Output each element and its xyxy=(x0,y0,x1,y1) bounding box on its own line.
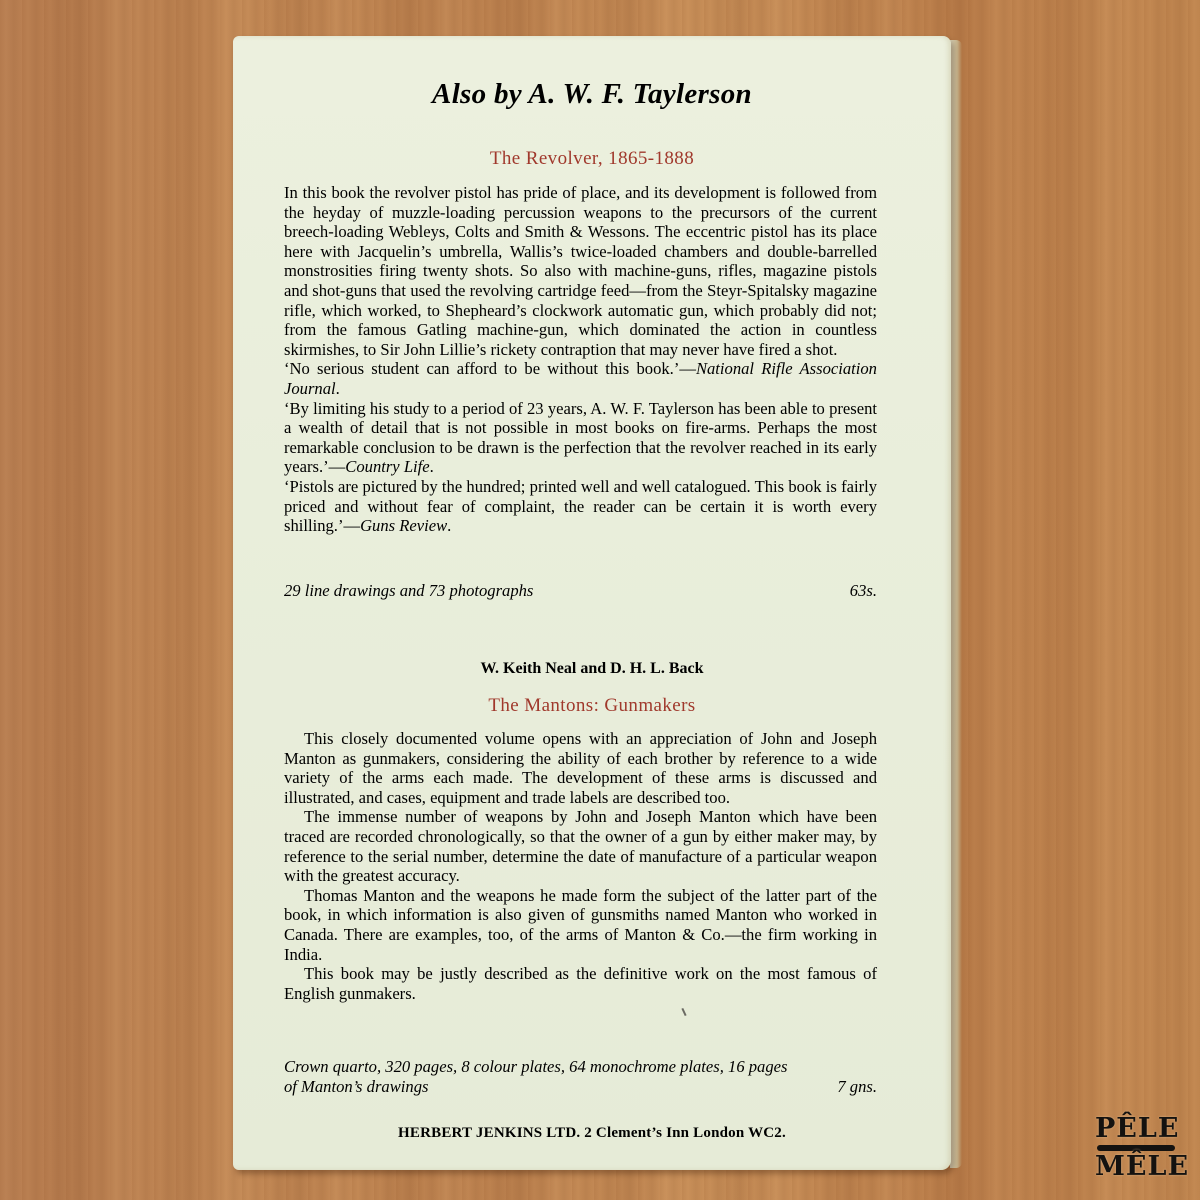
book1-specs-text: 29 line drawings and 73 photographs xyxy=(284,581,533,601)
review-source: Country Life xyxy=(345,457,429,476)
book2-paragraph: The immense number of weapons by John an… xyxy=(284,807,877,885)
book1-description: In this book the revolver pistol has pri… xyxy=(284,183,877,536)
book2-paragraph: This book may be justly described as the… xyxy=(284,964,877,1003)
review: ‘By limiting his study to a period of 23… xyxy=(284,399,877,477)
book2-paragraph: This closely documented volume opens wit… xyxy=(284,729,877,807)
book2-specs-line2: of Manton’s drawings xyxy=(284,1077,428,1097)
book1-paragraph: In this book the revolver pistol has pri… xyxy=(284,183,877,359)
logo-line2: MÊLE xyxy=(1095,1154,1177,1180)
book1-price: 63s. xyxy=(850,581,877,601)
book1-specs: 29 line drawings and 73 photographs 63s. xyxy=(284,581,877,601)
book2-paragraph: Thomas Manton and the weapons he made fo… xyxy=(284,886,877,964)
book2-specs: Crown quarto, 320 pages, 8 colour plates… xyxy=(284,1057,877,1096)
review-source: Guns Review xyxy=(360,516,447,535)
cover-heading: Also by A. W. F. Taylerson xyxy=(233,78,951,111)
book2-authors: W. Keith Neal and D. H. L. Back xyxy=(233,660,951,678)
book2-title: The Mantons: Gunmakers xyxy=(233,695,951,717)
review: ‘Pistols are pictured by the hundred; pr… xyxy=(284,477,877,536)
review: ‘No serious student can afford to be wit… xyxy=(284,359,877,398)
publisher-imprint: HERBERT JENKINS LTD. 2 Clement’s Inn Lon… xyxy=(233,1125,951,1142)
book2-price: 7 gns. xyxy=(837,1077,877,1097)
book2-description: This closely documented volume opens wit… xyxy=(284,729,877,1003)
book1-title: The Revolver, 1865-1888 xyxy=(233,148,951,170)
logo-line1: PÊLE xyxy=(1095,1116,1177,1142)
book-page-edge xyxy=(950,40,962,1168)
pele-mele-watermark-logo: PÊLE MÊLE xyxy=(1095,1116,1177,1180)
book2-specs-line1: Crown quarto, 320 pages, 8 colour plates… xyxy=(284,1057,877,1077)
